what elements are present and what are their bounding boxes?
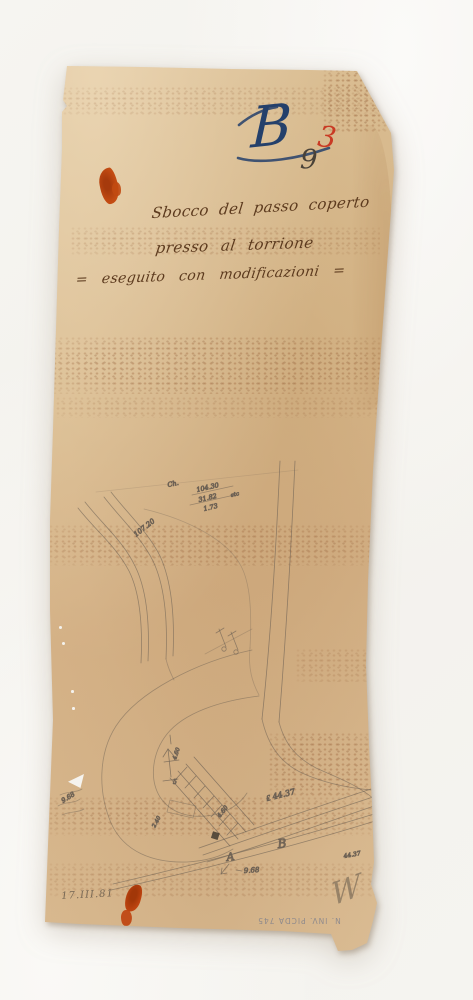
passage-to-wall-curves [262,719,374,799]
point-a-arrow [221,864,242,874]
label-calc-tail: etc [230,491,240,499]
tower-arcs [102,650,259,862]
paper-shadow-wrap: Ch. 104.30 31.82 1.73 etc 107.20 4.60 5 … [0,0,473,1000]
passage-wall-lines [262,461,295,722]
label-calc-numerator: 104.30 [196,481,220,494]
label-point-b: B [276,836,287,851]
label-curve-measure: 107.20 [132,517,157,539]
manuscript-paper: Ch. 104.30 31.82 1.73 etc 107.20 4.60 5 … [0,0,473,1000]
label-arrow-small: 5 [173,779,177,786]
road-double-lines [78,492,174,680]
pencil-sketch: Ch. 104.30 31.82 1.73 etc 107.20 4.60 5 … [0,0,473,1000]
classification-number-pencil: 9 [299,144,318,176]
document-scan: Ch. 104.30 31.82 1.73 etc 107.20 4.60 5 … [0,0,473,1000]
label-wall-measure-faint: 44.37 [342,850,361,860]
label-band-measure: 4.60 [215,804,229,820]
label-point-a: A [225,850,236,864]
label-arrow-measure: 4.60 [172,747,182,762]
label-calc-heading: Ch. [167,479,180,489]
hatched-covered-passage [167,757,254,846]
inventory-stamp: N. INV. PICDA 745 [246,916,352,925]
classification-letter-b: B [250,92,293,162]
label-band-measure-2: 2.40 [151,815,163,830]
label-point-a-measure: 9.68 [244,866,261,875]
survey-flag-marks [205,628,252,654]
label-calc-result: 1.73 [203,502,219,513]
label-wall-measure: ₤ 44.37 [265,787,297,803]
